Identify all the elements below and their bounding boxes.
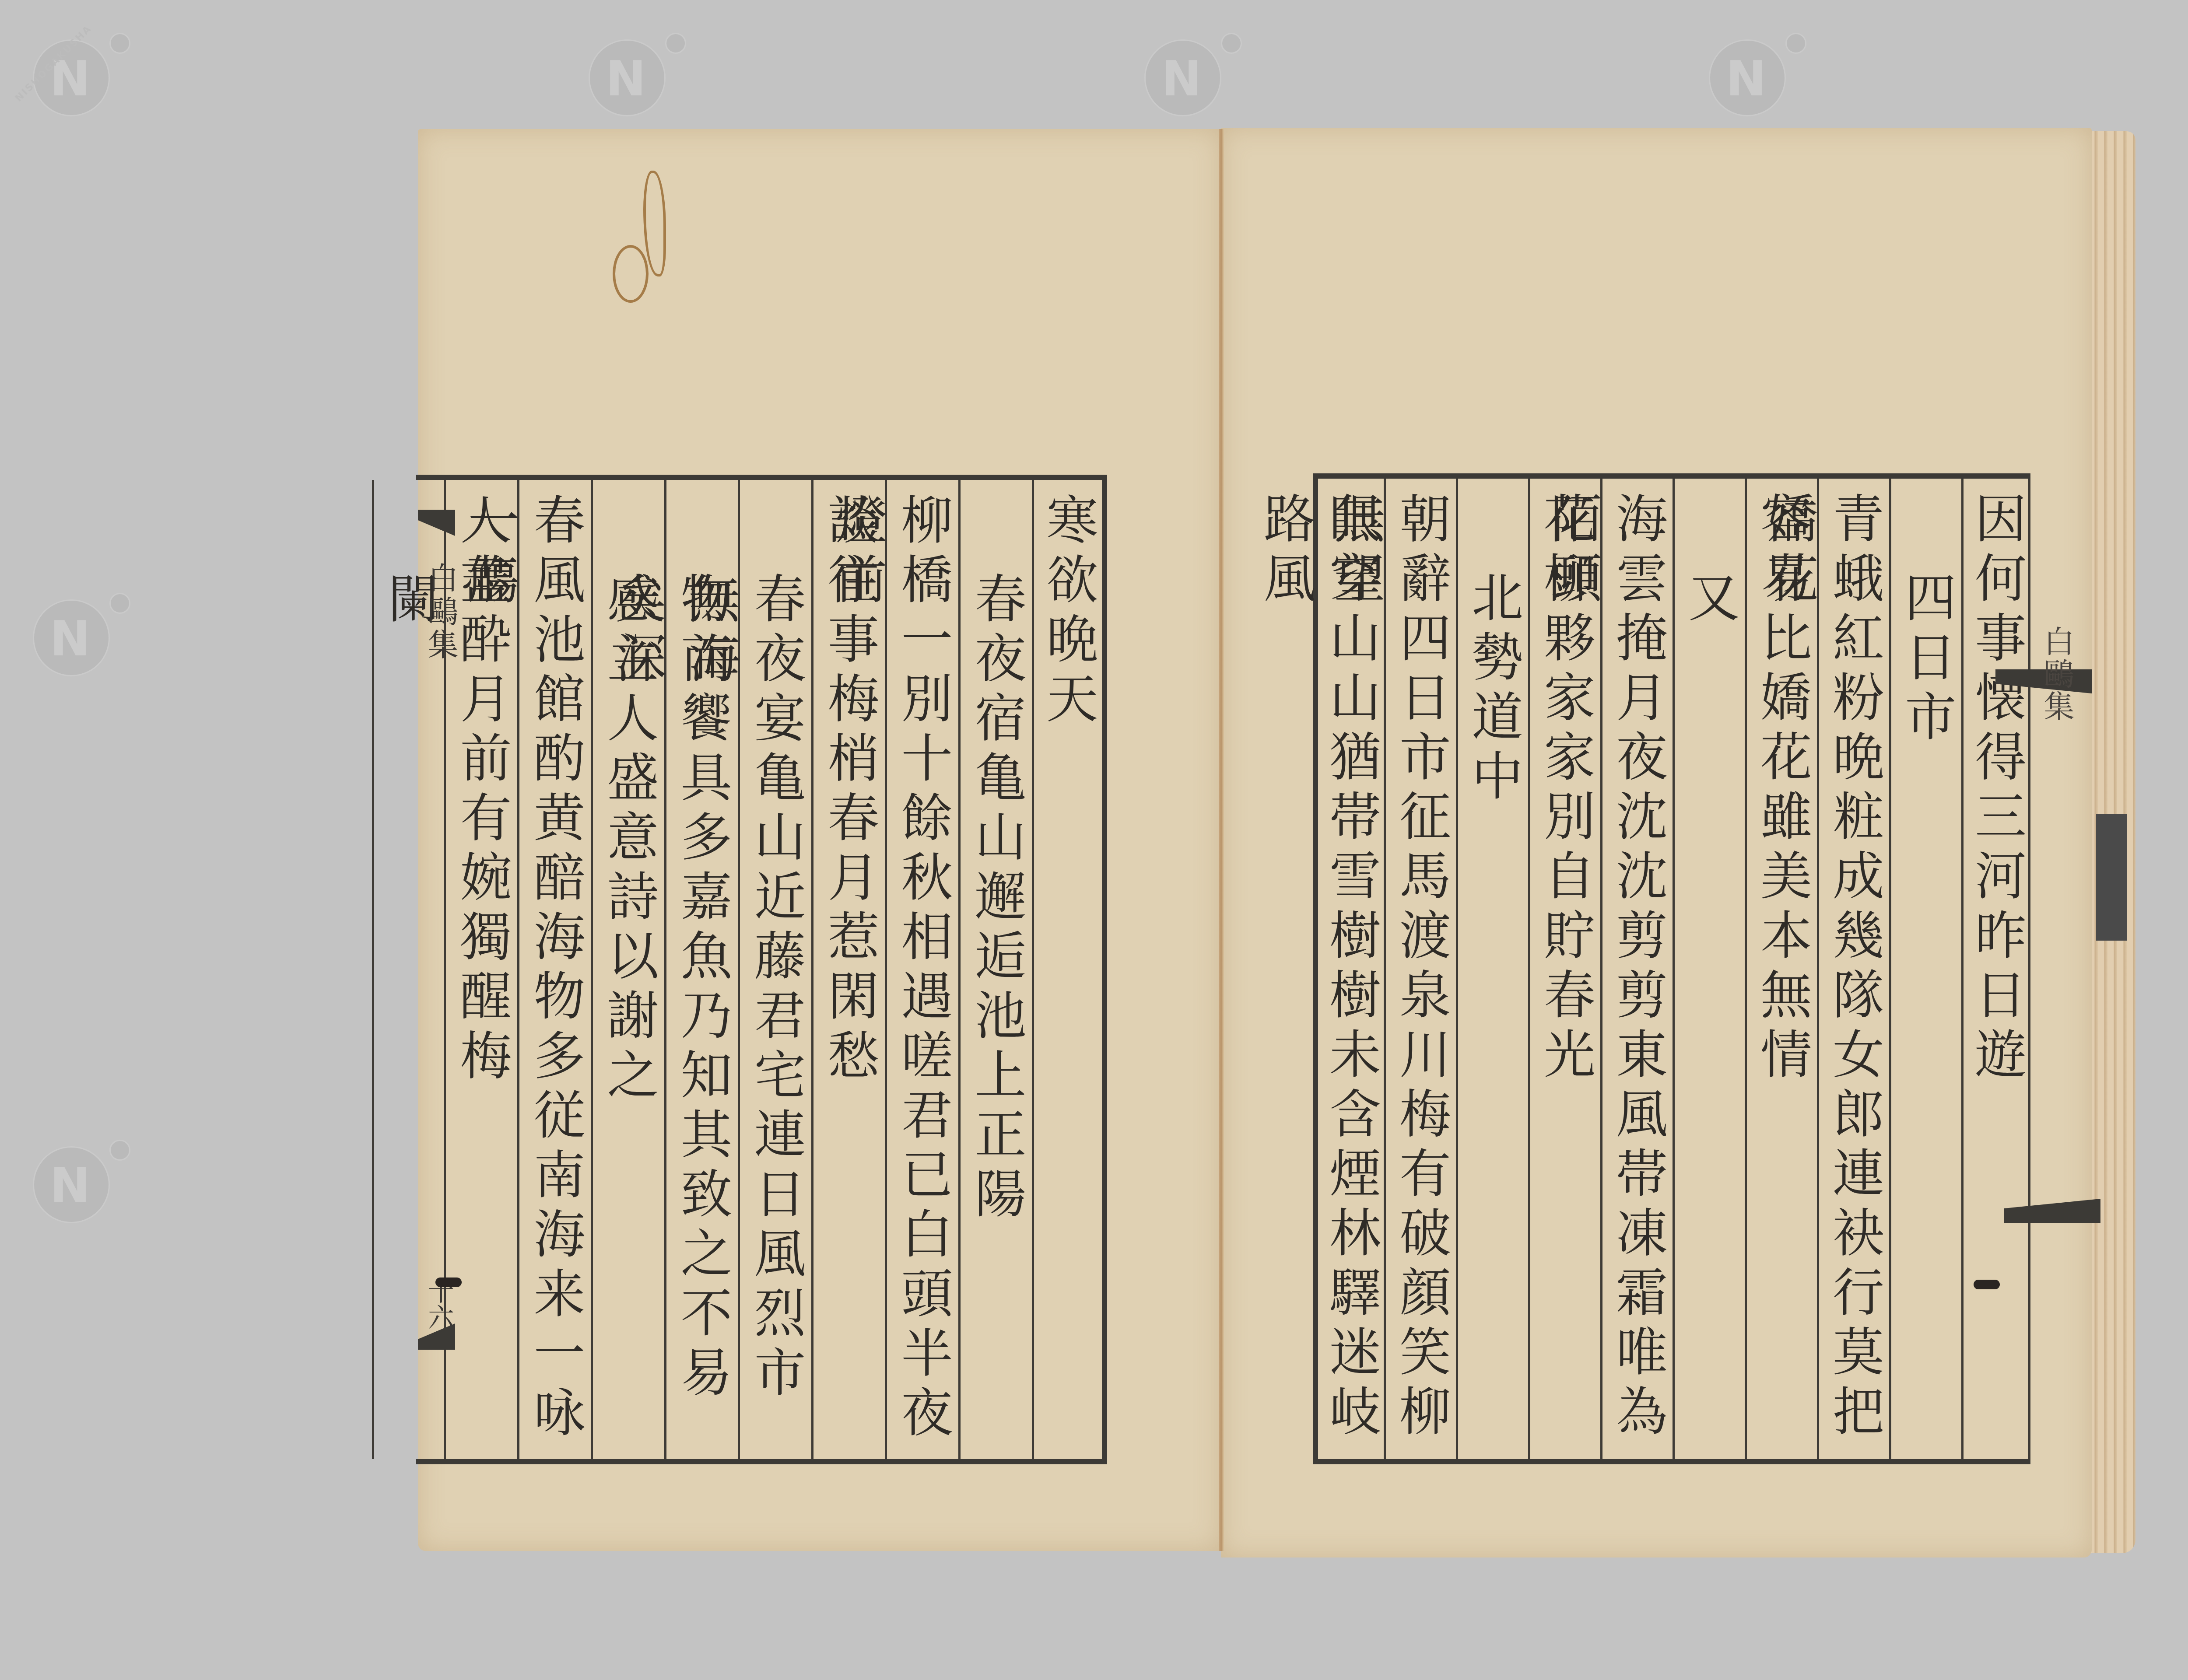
watermark-logo: N — [1120, 9, 1252, 140]
text-column: 北勢道中 — [1456, 479, 1528, 1459]
poem-line: 因何事懐得三河昨日遊 — [1964, 492, 2029, 1087]
fishtail-mark-top — [418, 510, 455, 536]
poem-title: 春夜宿亀山邂逅池上正陽 — [964, 572, 1029, 1226]
worm-damage — [613, 245, 649, 303]
text-column: 青蛾紅粉晩粧成幾隊女郎連袂行莫把嬌花 — [1817, 479, 1889, 1459]
poem-line: 海雲掩月夜沈沈剪剪東風帯凍霜唯為陌頭 — [1605, 492, 1670, 1459]
poem-title: 四日市 — [1893, 570, 1959, 749]
poem-line: 眼穿山山猶帯雪樹樹未含煙林驛迷岐路風 — [1318, 492, 1384, 1459]
text-column: 柳橋一別十餘秋相遇嗟君已白頭半夜燈前 — [885, 480, 958, 1459]
text-column: 花柳夥家家別自貯春光 — [1528, 479, 1600, 1459]
poem-title: 寒欲晩天 — [1035, 493, 1101, 731]
fore-edge-book-title: 白鷗集 — [2035, 626, 2079, 723]
watermark-logo: N NISHOGAKUSHA — [9, 9, 140, 140]
margin-book-title: 白鷗集 — [419, 562, 463, 662]
poem-line: 朝辭四日市征馬渡泉川梅有破顔笑柳無望 — [1388, 492, 1454, 1459]
watermark-logo: N — [565, 9, 696, 140]
poem-line: 花柳夥家家別自貯春光 — [1532, 492, 1598, 1087]
binding-hole — [435, 1277, 462, 1287]
watermark-logo: N — [1685, 9, 1816, 140]
text-column: 寒欲晩天 — [1032, 480, 1102, 1459]
page-edge-tab — [2096, 814, 2127, 941]
text-column: 春夜宿亀山邂逅池上正陽 — [958, 480, 1032, 1459]
poem-line: 春風池館酌黄醅海物多従南海来一咏一觴 — [522, 493, 588, 1459]
text-column: 容易比嬌花雖美本無情 — [1745, 479, 1817, 1459]
text-column: 談往事梅梢春月惹閑愁 — [811, 480, 885, 1459]
text-column: 春夜宴亀山近藤君宅連日風烈市無海 — [738, 480, 811, 1459]
text-column: 又 — [1673, 479, 1745, 1459]
poem-title: 物而饗具多嘉魚乃知其致之不易矣深 — [670, 572, 735, 1459]
watermark-logo: N — [9, 1116, 140, 1247]
binding-hole — [1974, 1280, 2000, 1289]
text-column: 春風池館酌黄醅海物多従南海来一咏一觴 — [517, 480, 591, 1459]
poem-title: 感主人盛意詩以謝之 — [596, 572, 662, 1107]
book-gutter — [1219, 129, 1224, 1551]
text-column: 四日市 — [1889, 479, 1961, 1459]
poem-line: 柳橋一別十餘秋相遇嗟君已白頭半夜燈前 — [890, 493, 956, 1459]
fold-margin: 白鷗集 十六 — [418, 510, 455, 1354]
text-column: 感主人盛意詩以謝之 — [591, 480, 664, 1459]
text-column: 眼穿山山猶帯雪樹樹未含煙林驛迷岐路風 — [1318, 479, 1384, 1459]
poem-title: 春夜宴亀山近藤君宅連日風烈市無海 — [743, 572, 809, 1459]
poem-line: 青蛾紅粉晩粧成幾隊女郎連袂行莫把嬌花 — [1821, 492, 1887, 1459]
poem-title: 又 — [1677, 570, 1743, 630]
poem-line: 容易比嬌花雖美本無情 — [1749, 492, 1815, 1087]
poem-title: 北勢道中 — [1460, 570, 1526, 808]
text-column: 朝辭四日市征馬渡泉川梅有破顔笑柳無望 — [1384, 479, 1456, 1459]
text-column: 海雲掩月夜沈沈剪剪東風帯凍霜唯為陌頭 — [1600, 479, 1673, 1459]
watermark-logo: N — [9, 569, 140, 700]
poem-line: 談往事梅梢春月惹閑愁 — [817, 493, 882, 1088]
text-column: 因何事懐得三河昨日遊 — [1961, 479, 2030, 1459]
right-text-frame: 因何事懐得三河昨日遊 四日市 青蛾紅粉晩粧成幾隊女郎連袂行莫把嬌花 容易比嬌花雖… — [1313, 473, 2030, 1464]
text-column: 物而饗具多嘉魚乃知其致之不易矣深 — [664, 480, 738, 1459]
left-text-frame: 寒欲晩天 春夜宿亀山邂逅池上正陽 柳橋一別十餘秋相遇嗟君已白頭半夜燈前 談往事梅… — [416, 475, 1107, 1464]
